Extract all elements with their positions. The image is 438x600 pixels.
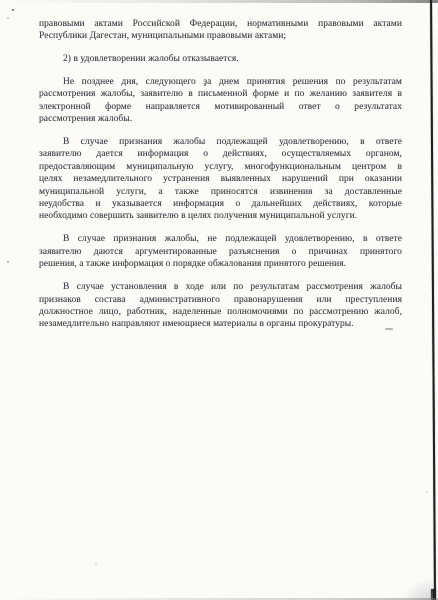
scan-speck: [95, 563, 97, 565]
text-line: необходимо совершить заявителю в целях п…: [39, 210, 402, 222]
scan-speck: [30, 21, 31, 22]
text-line: решения, а также информация о порядке об…: [39, 258, 402, 270]
scan-top-edge-shadow: [0, 0, 438, 3]
scan-speck: [10, 29, 11, 30]
margin-pen-speck: [7, 261, 9, 263]
document-text: правовыми актами Российской Федерации, н…: [39, 18, 402, 342]
paragraph: Не позднее дня, следующего за днем приня…: [39, 76, 402, 126]
scan-speck: [34, 44, 35, 45]
text-line: предоставляющим муниципальную услугу, мн…: [39, 161, 402, 173]
text-line: заявителю даются аргументированные разъя…: [39, 246, 402, 258]
text-line: правовыми актами Российской Федерации, н…: [39, 18, 402, 30]
scan-speck: [426, 491, 428, 493]
scanned-page: правовыми актами Российской Федерации, н…: [0, 0, 438, 600]
scan-edge-line: [430, 0, 436, 600]
scan-speck: [204, 84, 206, 86]
scan-speck: [7, 17, 9, 19]
text-line: рассмотрения жалобы.: [39, 113, 402, 125]
text-line: должностное лицо, работник, наделенные п…: [39, 306, 402, 318]
text-line: Не позднее дня, следующего за днем приня…: [39, 76, 402, 88]
text-line: целях незамедлительного устранения выявл…: [39, 173, 402, 185]
text-line: Республики Дагестан, муниципальными прав…: [39, 30, 402, 42]
text-line: признаков состава административного прав…: [39, 294, 402, 306]
paragraph: В случае признания жалобы подлежащей удо…: [39, 136, 402, 223]
paragraph: 2) в удовлетворении жалобы отказывается.: [39, 53, 402, 65]
text-line: муниципальной услуги, а также приносятся…: [39, 186, 402, 198]
scan-speck: [22, 14, 23, 15]
text-line: В случае признания жалобы подлежащей удо…: [39, 136, 402, 148]
text-line: В случае признания жалобы, не подлежащей…: [39, 233, 402, 245]
scan-speck: [17, 37, 18, 38]
text-line: заявителю дается информация о действиях,…: [39, 148, 402, 160]
scan-speck: [3, 40, 4, 41]
text-line: рассмотрения жалобы, заявителю в письмен…: [39, 88, 402, 100]
text-line: электронной форме направляется мотивиров…: [39, 101, 402, 113]
scan-speck: [12, 9, 14, 11]
text-line: 2) в удовлетворении жалобы отказывается.: [39, 53, 402, 65]
text-line: неудобства и указывается информация о да…: [39, 198, 402, 210]
paragraph: правовыми актами Российской Федерации, н…: [39, 18, 402, 43]
paragraph: В случае признания жалобы, не подлежащей…: [39, 233, 402, 270]
text-line: незамедлительно направляют имеющиеся мат…: [39, 318, 402, 330]
paragraph: В случае установления в ходе или по резу…: [39, 281, 402, 331]
text-line: В случае установления в ходе или по резу…: [39, 281, 402, 293]
